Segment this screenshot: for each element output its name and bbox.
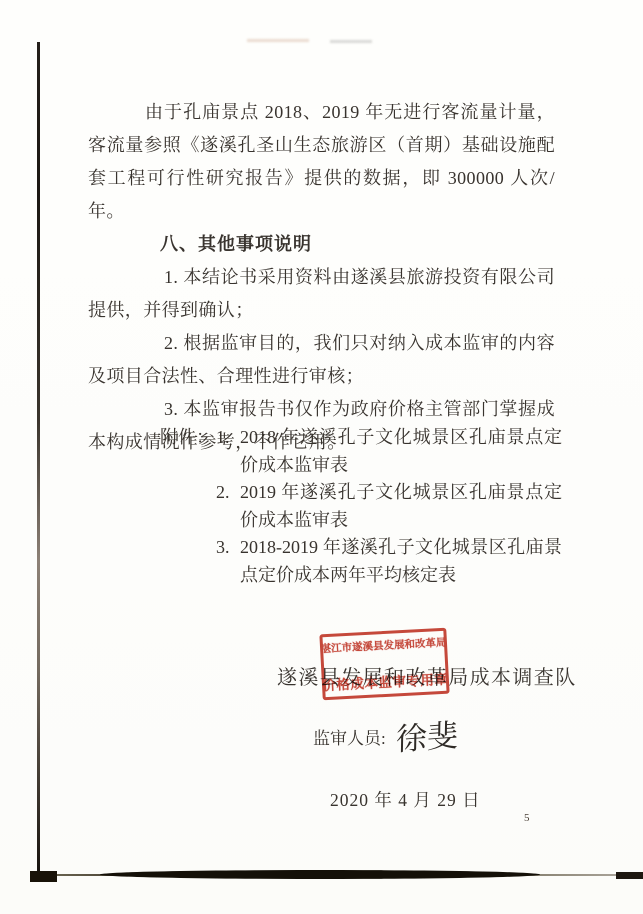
document-body: 由于孔庙景点 2018、2019 年无进行客流量计量，客流量参照《遂溪孔圣山生态…	[88, 96, 555, 459]
note-item-2: 2. 根据监审目的，我们只对纳入成本监审的内容及项目合法性、合理性进行审核；	[88, 327, 555, 393]
official-red-seal: 湛江市遂溪县发展和改革局 价格成本监审专用章	[319, 628, 449, 701]
scan-bottom-edge-shadow	[100, 870, 540, 879]
scan-corner-mark	[30, 871, 57, 882]
scan-left-edge-line	[37, 42, 40, 880]
page-number: 5	[524, 812, 530, 824]
attachments-label: 附件：	[160, 424, 214, 589]
attachment-title: 2018 年遂溪孔子文化城景区孔庙景点定价成本监审表	[240, 424, 562, 479]
attachment-item: 2. 2019 年遂溪孔子文化城景区孔庙景点定价成本监审表	[216, 479, 562, 534]
auditor-line: 监审人员: 徐斐	[313, 728, 458, 755]
scan-smudge	[330, 40, 372, 43]
attachment-title: 2018-2019 年遂溪孔子文化城景区孔庙景点定价成本两年平均核定表	[240, 534, 562, 589]
attachment-item: 3. 2018-2019 年遂溪孔子文化城景区孔庙景点定价成本两年平均核定表	[216, 534, 562, 589]
auditor-label: 监审人员:	[313, 728, 386, 750]
paragraph-visitor-volume: 由于孔庙景点 2018、2019 年无进行客流量计量，客流量参照《遂溪孔圣山生态…	[88, 96, 555, 228]
attachment-number: 1.	[216, 424, 240, 479]
attachments-list: 1. 2018 年遂溪孔子文化城景区孔庙景点定价成本监审表 2. 2019 年遂…	[216, 424, 562, 589]
attachments-block: 附件： 1. 2018 年遂溪孔子文化城景区孔庙景点定价成本监审表 2. 201…	[160, 424, 560, 589]
scan-right-edge-mark	[616, 872, 643, 879]
attachment-number: 3.	[216, 534, 240, 589]
scan-smudge	[247, 39, 309, 42]
section-heading-other-notes: 八、其他事项说明	[88, 228, 555, 261]
attachment-number: 2.	[216, 479, 240, 534]
attachment-item: 1. 2018 年遂溪孔子文化城景区孔庙景点定价成本监审表	[216, 424, 562, 479]
scanned-document-page: 由于孔庙景点 2018、2019 年无进行客流量计量，客流量参照《遂溪孔圣山生态…	[0, 0, 643, 914]
note-item-1: 1. 本结论书采用资料由遂溪县旅游投资有限公司提供，并得到确认；	[88, 261, 555, 327]
document-date: 2020 年 4 月 29 日	[330, 787, 481, 812]
seal-org-line: 湛江市遂溪县发展和改革局	[320, 635, 447, 657]
seal-purpose-line: 价格成本监审专用章	[322, 668, 449, 695]
attachment-title: 2019 年遂溪孔子文化城景区孔庙景点定价成本监审表	[240, 479, 562, 534]
handwritten-signature: 徐斐	[396, 719, 458, 757]
